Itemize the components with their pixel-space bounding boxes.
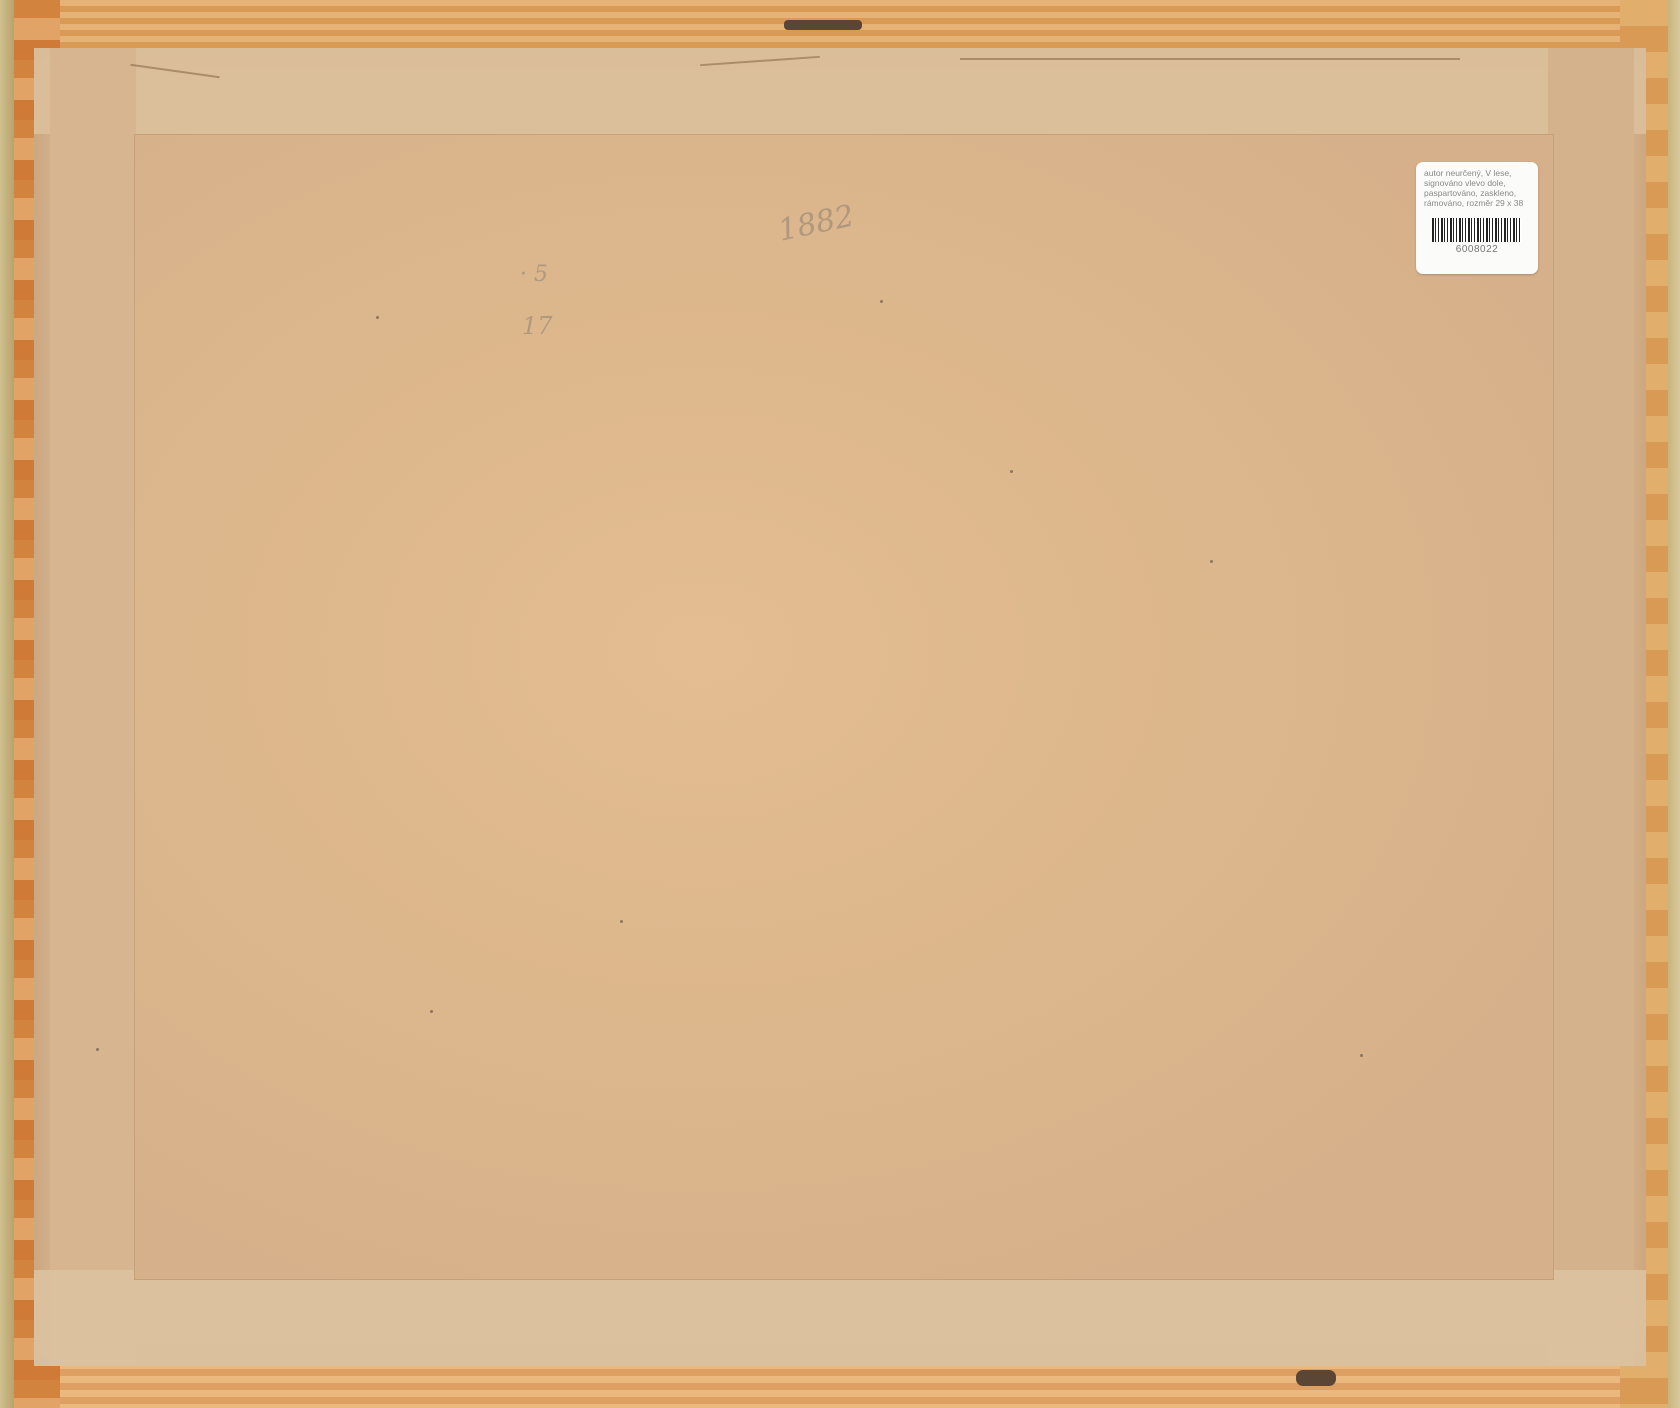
inventory-label-text: autor neurčený, V lese, signováno vlevo … — [1424, 168, 1530, 208]
speck — [1010, 470, 1013, 473]
inventory-label: autor neurčený, V lese, signováno vlevo … — [1416, 162, 1538, 274]
pencil-inscription-middle-upper: · 5 — [520, 262, 548, 287]
speck — [1210, 560, 1213, 563]
frame-left-gilt-edge — [0, 0, 14, 1408]
speck — [880, 300, 883, 303]
speck — [430, 1010, 433, 1013]
metal-fastener-top — [784, 20, 862, 30]
tape-strip-bottom — [34, 1270, 1646, 1366]
frame-bottom-rail — [0, 1362, 1680, 1408]
tape-strip-left — [50, 48, 136, 1366]
metal-fastener-bottom — [1296, 1370, 1336, 1386]
speck — [96, 1048, 99, 1051]
speck — [376, 316, 379, 319]
barcode-number: 6008022 — [1424, 244, 1530, 255]
pencil-inscription-middle-lower: 17 — [522, 312, 553, 340]
tape-strip-top — [34, 48, 1646, 134]
speck — [1360, 1054, 1363, 1057]
backing-board — [134, 134, 1554, 1280]
paper-tear — [960, 58, 1460, 60]
tape-strip-right — [1548, 48, 1634, 1366]
barcode-icon — [1432, 218, 1522, 242]
speck — [620, 920, 623, 923]
frame-right-gilt-edge — [1668, 0, 1680, 1408]
